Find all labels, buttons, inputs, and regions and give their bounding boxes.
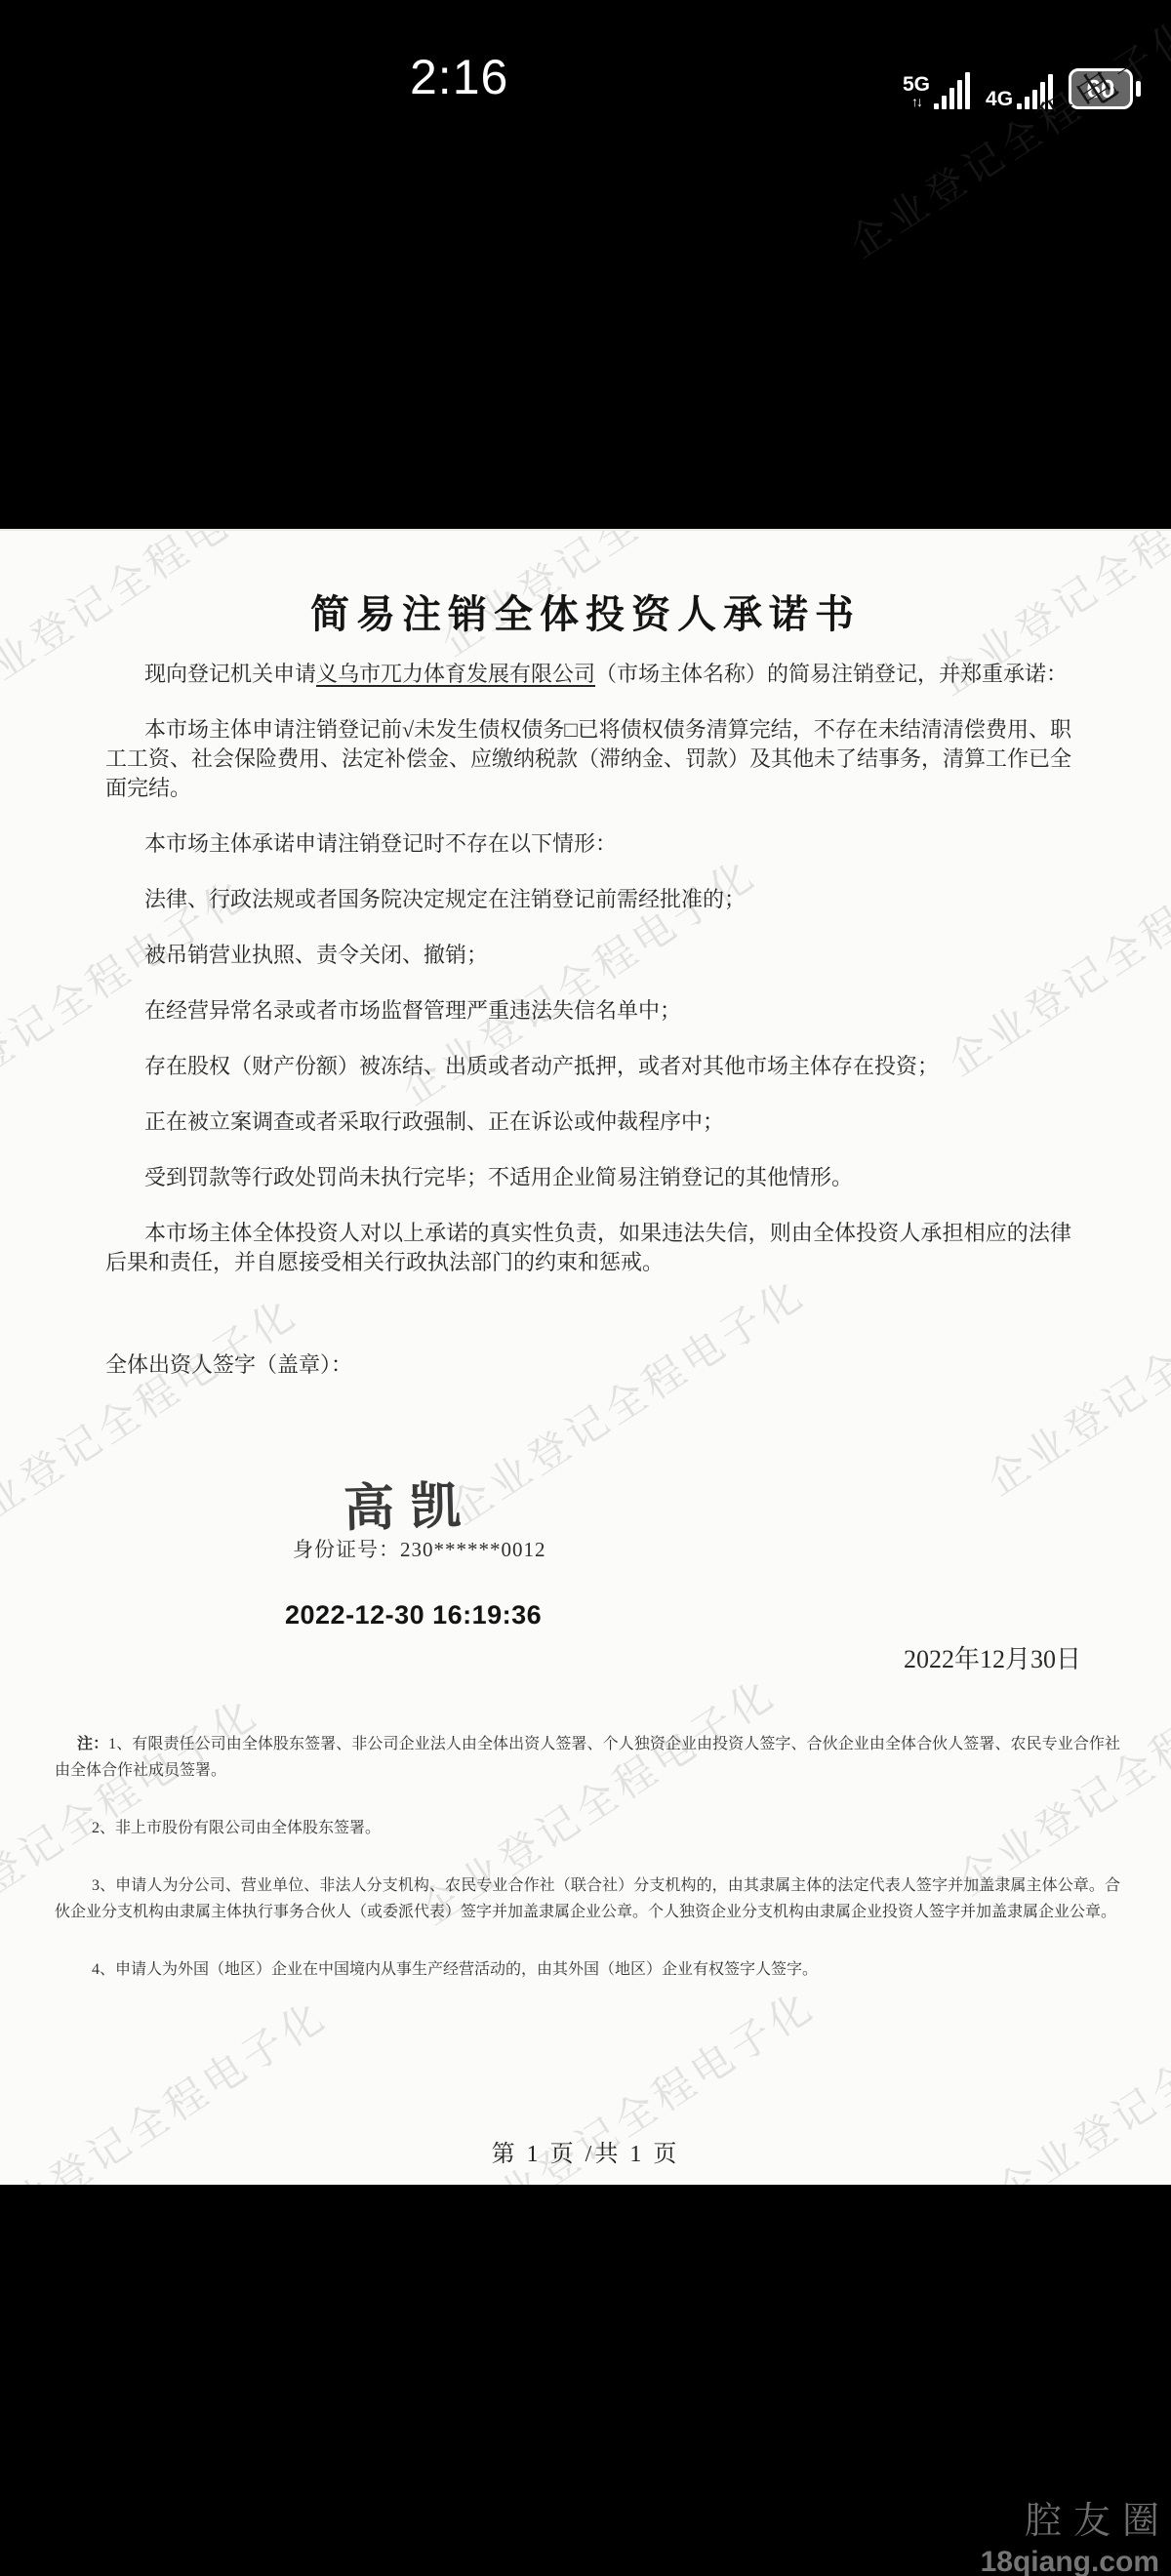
watermark-text: 企业登记全程电子化	[837, 2, 1171, 268]
paragraph: 本市场主体申请注销登记前√未发生债权债务□已将债权债务清算完结，不存在未结清清偿…	[105, 715, 1071, 803]
clock-time: 2:16	[410, 49, 508, 105]
paragraph: 在经营异常名录或者市场监督管理严重违法失信名单中；	[105, 996, 1071, 1026]
document-date: 2022年12月30日	[904, 1639, 1081, 1675]
note-item: 2、非上市股份有限公司由全体股东签署。	[55, 1815, 1120, 1841]
paragraph: 本市场主体全体投资人对以上承诺的真实性负责，如果违法失信，则由全体投资人承担相应…	[105, 1219, 1071, 1277]
signal-bars-icon	[934, 72, 970, 109]
phone-screenshot: 2:16 5G ↑↓ 4G	[0, 0, 1171, 2576]
paragraph: 本市场主体承诺申请注销登记时不存在以下情形：	[105, 829, 1071, 859]
signing-timestamp: 2022-12-30 16:19:36	[285, 1600, 542, 1630]
paragraph-text: （市场主体名称）的简易注销登记，并郑重承诺：	[595, 662, 1068, 686]
paragraph: 正在被立案调查或者采取行政强制、正在诉讼或仲裁程序中；	[105, 1107, 1071, 1137]
signal-5g-icon: 5G ↑↓	[903, 72, 970, 109]
signature-section-label: 全体出资人签字（盖章）：	[105, 1348, 352, 1379]
site-watermark-url: 18qiang.com	[981, 2546, 1159, 2576]
note-item: 注：1、有限责任公司由全体股东签署、非公司企业法人由全体出资人签署、个人独资企业…	[55, 1731, 1120, 1784]
paragraph: 存在股权（财产份额）被冻结、出质或者动产抵押，或者对其他市场主体存在投资；	[105, 1052, 1071, 1081]
note-item: 4、申请人为外国（地区）企业在中国境内从事生产经营活动的，由其外国（地区）企业有…	[55, 1956, 1120, 1983]
paragraph: 法律、行政法规或者国务院决定规定在注销登记前需经批准的；	[105, 885, 1071, 914]
handwritten-signature: 高凯	[343, 1464, 477, 1541]
document-page: 企业登记全程电子化 企业登记全程电子化 企业登记全程电子化 企业登记全程电子化 …	[0, 529, 1171, 2185]
document-body: 现向登记机关申请义乌市兀力体育发展有限公司（市场主体名称）的简易注销登记，并郑重…	[105, 660, 1071, 1304]
note-text: 1、有限责任公司由全体股东签署、非公司企业法人由全体出资人签署、个人独资企业由投…	[55, 1736, 1120, 1779]
company-name: 义乌市兀力体育发展有限公司	[316, 662, 595, 686]
network-type-label: 4G	[986, 89, 1013, 109]
note-label: 注：	[77, 1736, 108, 1752]
site-watermark-name: 腔友圈	[981, 2490, 1171, 2544]
network-type-label: 5G	[903, 74, 930, 95]
paragraph: 被吊销营业执照、责令关闭、撤销；	[105, 941, 1071, 970]
notes-section: 注：1、有限责任公司由全体股东签署、非公司企业法人由全体出资人签署、个人独资企业…	[55, 1731, 1120, 2014]
paragraph-text: 现向登记机关申请	[144, 662, 316, 686]
document-title: 简易注销全体投资人承诺书	[0, 584, 1171, 639]
data-arrows-icon: ↑↓	[911, 95, 921, 109]
note-item: 3、申请人为分公司、营业单位、非法人分支机构、农民专业合作社（联合社）分支机构的…	[55, 1872, 1120, 1925]
page-number-footer: 第 1 页 /共 1 页	[0, 2134, 1171, 2168]
id-number-line: 身份证号：230******0012	[293, 1534, 546, 1563]
watermark-text: 企业登记全程电子化	[0, 1282, 307, 1556]
paragraph-application: 现向登记机关申请义乌市兀力体育发展有限公司（市场主体名称）的简易注销登记，并郑重…	[105, 660, 1071, 689]
status-bar: 2:16 5G ↑↓ 4G	[0, 0, 1171, 156]
site-watermark: 腔友圈 18qiang.com	[981, 2490, 1159, 2576]
paragraph: 受到罚款等行政处罚尚未执行完毕；不适用企业简易注销登记的其他情形。	[105, 1163, 1071, 1192]
